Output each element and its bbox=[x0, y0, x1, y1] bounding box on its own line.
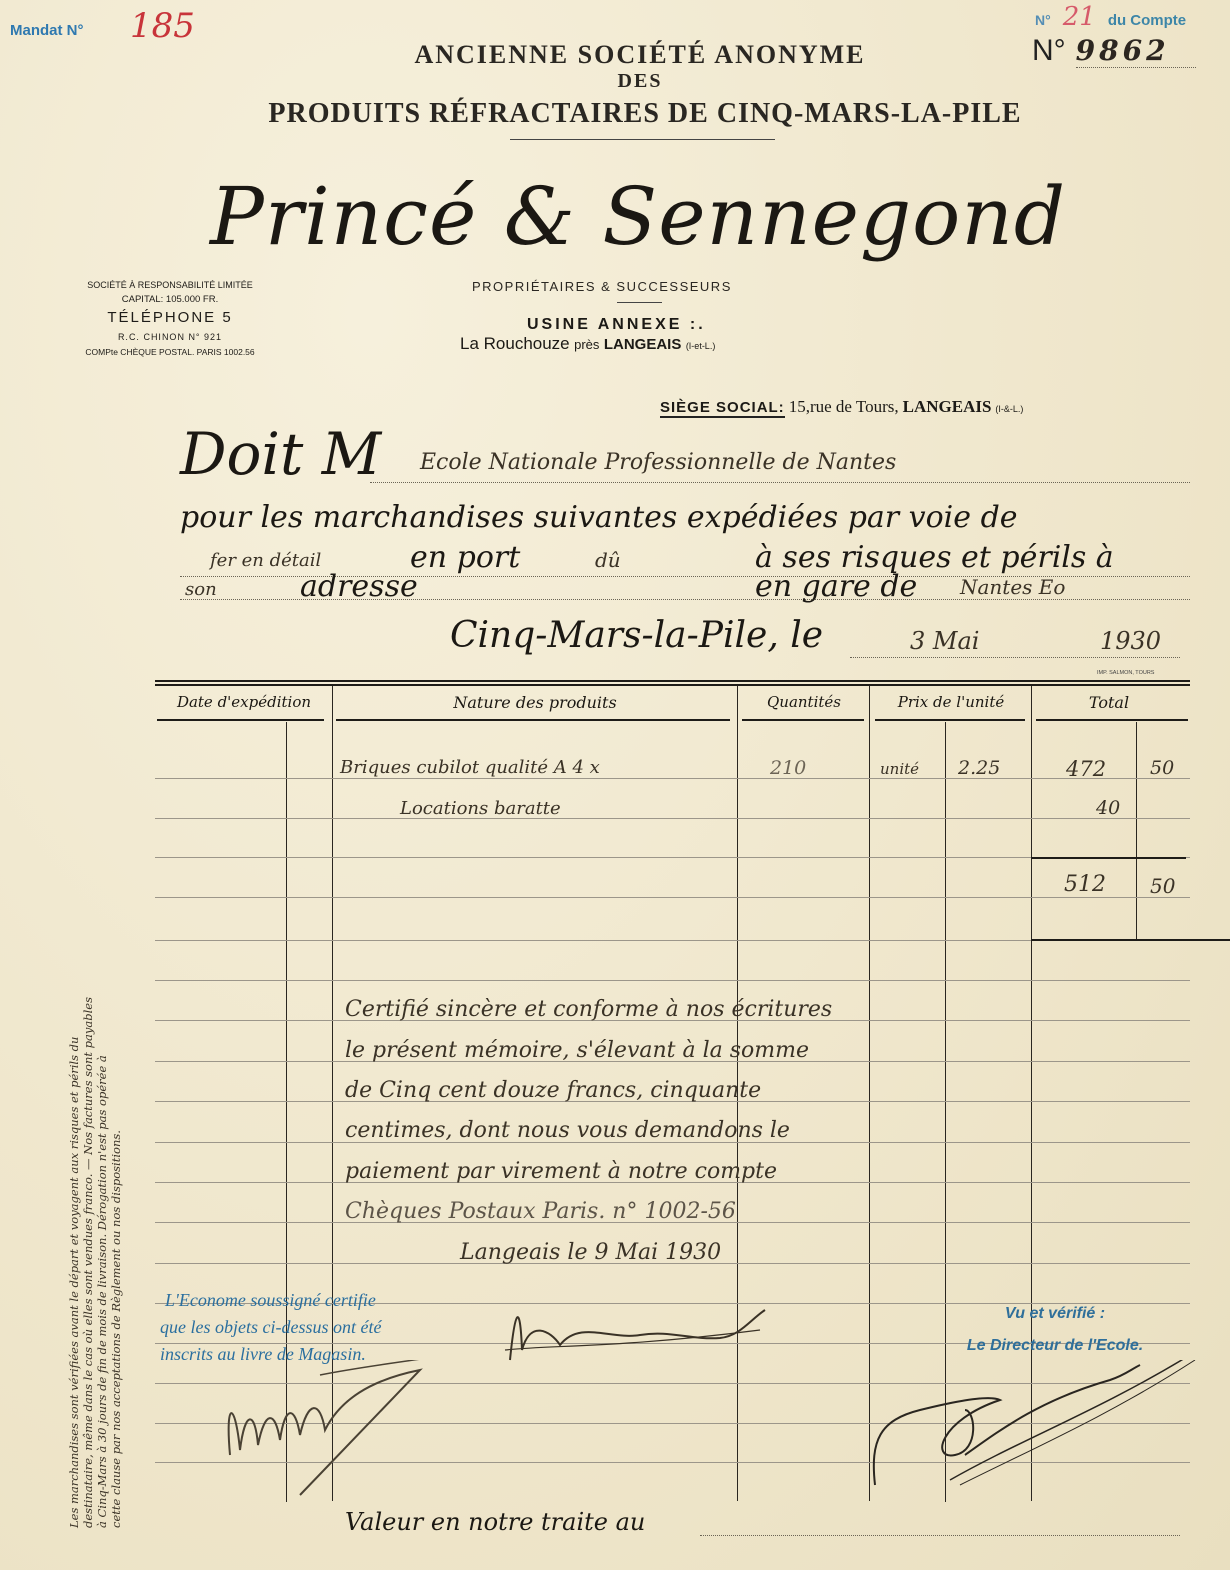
printer-credit: IMP. SALMON, TOURS bbox=[1097, 670, 1154, 676]
rc-number: R.C. CHINON N° 921 bbox=[70, 332, 270, 342]
date-year: 1930 bbox=[1100, 627, 1161, 655]
econome-signature bbox=[220, 1360, 460, 1500]
director-stamp: Vu et vérifié : Le Directeur de l'Ecole. bbox=[935, 1298, 1175, 1362]
place: Cinq-Mars-la-Pile, le bbox=[450, 615, 823, 656]
footer-line bbox=[700, 1535, 1180, 1536]
side-note-line: à Cinq-Mars à 30 jours de fin de mois de… bbox=[95, 828, 109, 1528]
side-note-line: destinataire, même dans le cas où elles … bbox=[81, 828, 95, 1528]
side-note-line: Les marchandises sont vérifiées avant le… bbox=[67, 828, 81, 1528]
hq-address: 15,rue de Tours, bbox=[789, 397, 899, 416]
proprietors: PROPRIÉTAIRES & SUCCESSEURS bbox=[472, 279, 732, 294]
port-terms: dû bbox=[595, 548, 621, 572]
annex-dept: (I-et-L.) bbox=[686, 341, 716, 351]
shipping-mode: fer en détail bbox=[210, 550, 321, 571]
hq-town: LANGEAIS bbox=[903, 397, 992, 416]
grand-total-centimes: 50 bbox=[1150, 874, 1175, 898]
printed-en-port: en port bbox=[410, 540, 520, 575]
annex-near: près bbox=[574, 337, 599, 352]
header-rule bbox=[510, 139, 775, 140]
legal-form: SOCIÉTÉ À RESPONSABILITÉ LIMITÉE bbox=[70, 280, 270, 290]
date-day-month: 3 Mai bbox=[910, 627, 979, 655]
annex-place: La Rouchouze bbox=[460, 334, 570, 353]
product-name: Briques cubilot qualité A 4 x bbox=[340, 757, 600, 778]
compte-prefix: N° bbox=[1035, 12, 1051, 28]
delivery-to: son bbox=[185, 579, 217, 600]
certification-line: Certifié sincère et conforme à nos écrit… bbox=[345, 997, 832, 1022]
postal-account: COMPte CHÈQUE POSTAL. PARIS 1002.56 bbox=[70, 347, 270, 357]
director-line2: Le Directeur de l'Ecole. bbox=[935, 1330, 1175, 1362]
mandat-stamp: Mandat N° bbox=[10, 22, 84, 39]
header-line1: ANCIENNE SOCIÉTÉ ANONYME bbox=[330, 40, 950, 70]
destination-station: Nantes Eo bbox=[960, 575, 1065, 599]
total-centimes: 50 bbox=[1150, 757, 1174, 779]
director-signature bbox=[870, 1360, 1200, 1500]
mandat-number: 185 bbox=[130, 6, 195, 46]
certification-place-date: Langeais le 9 Mai 1930 bbox=[460, 1240, 721, 1265]
vendor-signature bbox=[490, 1290, 780, 1380]
header-line3: PRODUITS RÉFRACTAIRES DE CINQ-MARS-LA-PI… bbox=[170, 98, 1120, 130]
hq-line: SIÈGE SOCIAL: 15,rue de Tours, LANGEAIS … bbox=[660, 397, 1023, 417]
annex-label: USINE ANNEXE :. bbox=[527, 316, 706, 334]
compte-number: 21 bbox=[1063, 2, 1096, 32]
side-note: Les marchandises sont vérifiées avant le… bbox=[67, 828, 123, 1528]
doit-label: Doit M bbox=[180, 420, 381, 488]
capital: CAPITAL: 105.000 FR. bbox=[70, 294, 270, 305]
addressee-line4: son adresse en gare de Nantes Eo bbox=[180, 575, 1190, 615]
unit-price: 2.25 bbox=[958, 757, 1000, 779]
compte-stamp: N° 21 du Compte bbox=[1035, 2, 1186, 32]
grand-total-francs: 512 bbox=[1064, 872, 1106, 897]
mandat-label: Mandat N° bbox=[10, 22, 84, 39]
addressee-line1: Doit M Ecole Nationale Professionnelle d… bbox=[180, 420, 1190, 488]
annex-town: LANGEAIS bbox=[604, 336, 682, 353]
director-line1: Vu et vérifié : bbox=[935, 1298, 1175, 1330]
total-francs: 40 bbox=[1096, 797, 1120, 819]
quantity: 210 bbox=[770, 757, 806, 779]
addressee-line2: pour les marchandises suivantes expédiée… bbox=[180, 500, 1018, 535]
header-quantity: Quantités bbox=[740, 693, 868, 711]
annex-address: La Rouchouze près LANGEAIS (I-et-L.) bbox=[460, 334, 715, 354]
header-total: Total bbox=[1034, 693, 1184, 712]
header-unit-price: Prix de l'unité bbox=[872, 693, 1030, 711]
printed-adresse: adresse bbox=[300, 569, 418, 604]
printed-en-gare: en gare de bbox=[755, 569, 917, 604]
unit: unité bbox=[880, 760, 919, 778]
econome-stamp: L'Econome soussigné certifie que les obj… bbox=[165, 1287, 381, 1368]
proprietors-rule bbox=[617, 302, 662, 303]
date-line: Cinq-Mars-la-Pile, le 3 Mai 1930 bbox=[450, 615, 1180, 665]
compte-label: du Compte bbox=[1108, 12, 1186, 29]
hq-dept: (I-&-L.) bbox=[995, 404, 1023, 414]
certification-line: paiement par virement à notre compte bbox=[345, 1159, 777, 1184]
product-name: Locations baratte bbox=[400, 798, 561, 819]
certification-line: le présent mémoire, s'élevant à la somme bbox=[345, 1038, 809, 1063]
certification-line: centimes, dont nous vous demandons le bbox=[345, 1118, 790, 1143]
side-note-line: cette clause par nos acceptations de Règ… bbox=[109, 828, 123, 1528]
footer-text: Valeur en notre traite au bbox=[345, 1508, 645, 1536]
econome-line3: inscrits au livre de Magasin. bbox=[160, 1341, 381, 1368]
header-line2: DES bbox=[580, 70, 700, 93]
econome-line2: que les objets ci-dessus ont été bbox=[160, 1314, 381, 1341]
certification-line: Chèques Postaux Paris. n° 1002-56 bbox=[345, 1199, 736, 1224]
invoice-number: N° 9862 bbox=[1032, 34, 1196, 68]
company-info: SOCIÉTÉ À RESPONSABILITÉ LIMITÉE CAPITAL… bbox=[70, 280, 270, 357]
header-date: Date d'expédition bbox=[160, 693, 328, 711]
invoice-number-label: N° bbox=[1032, 34, 1066, 67]
econome-line1: L'Econome soussigné certifie bbox=[165, 1287, 381, 1314]
telephone: TÉLÉPHONE 5 bbox=[70, 309, 270, 326]
addressee-name: Ecole Nationale Professionnelle de Nante… bbox=[420, 450, 896, 475]
hq-label: SIÈGE SOCIAL: bbox=[660, 399, 785, 418]
certification-line: de Cinq cent douze francs, cinquante bbox=[345, 1078, 761, 1103]
company-name: Princé & Sennegond bbox=[210, 170, 1066, 263]
total-francs: 472 bbox=[1066, 757, 1106, 781]
header-product: Nature des produits bbox=[335, 693, 735, 712]
invoice-number-value: 9862 bbox=[1076, 34, 1170, 67]
